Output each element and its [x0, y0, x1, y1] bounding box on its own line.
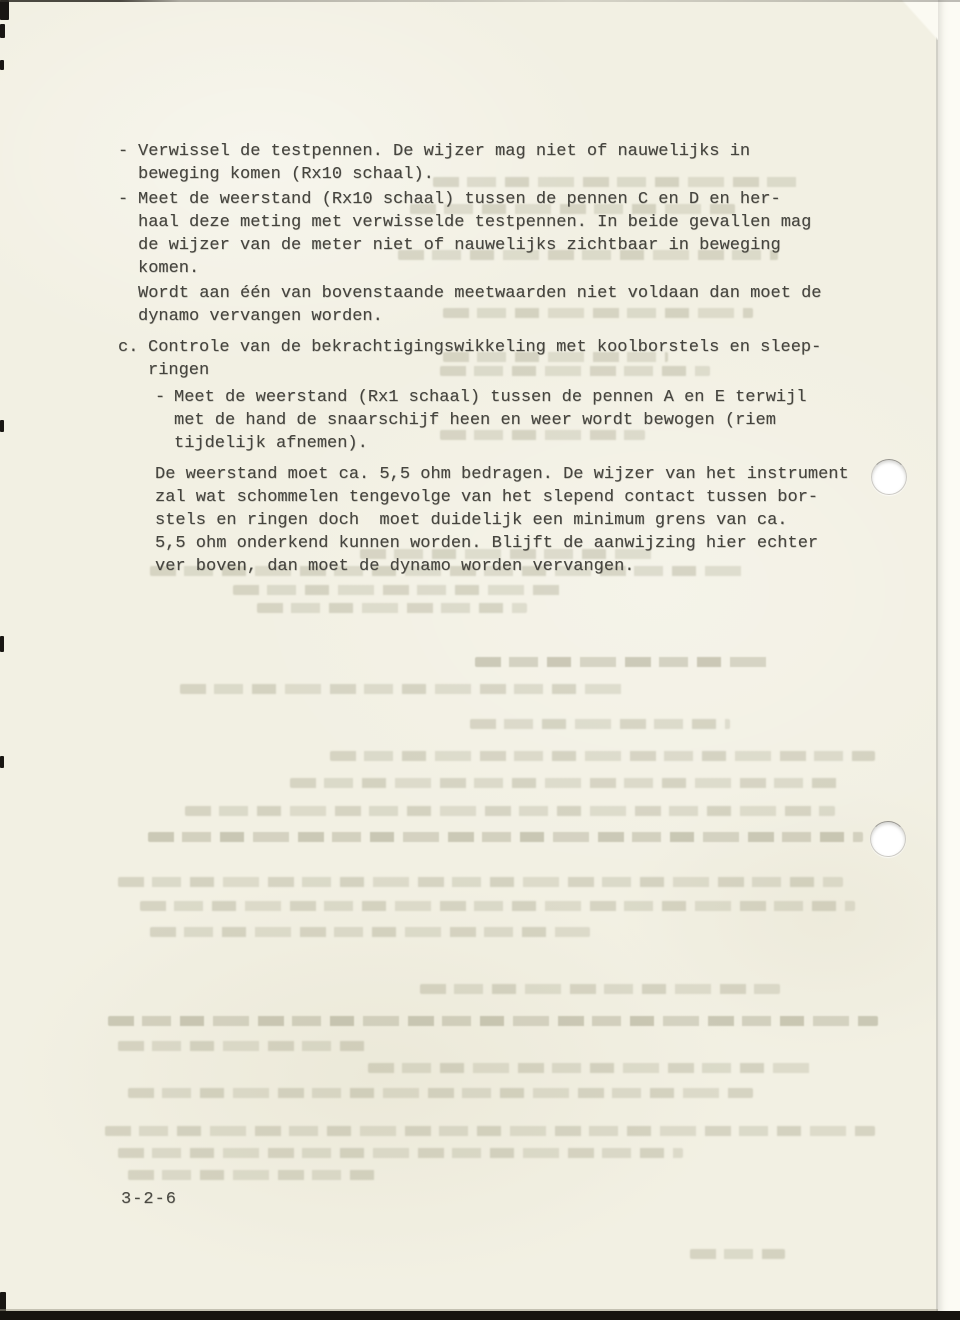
text-line: Meet de weerstand (Rx10 schaal) tussen d… [138, 188, 908, 211]
text-line: Controle van de bekrachtigingswikkeling … [148, 336, 908, 359]
text-line: dynamo vervangen worden. [138, 305, 908, 328]
text-line: De weerstand moet ca. 5,5 ohm bedragen. … [155, 463, 908, 486]
bleedthrough-line [128, 1088, 753, 1098]
bleedthrough-line [150, 927, 590, 937]
text-line: tijdelijk afnemen). [174, 432, 908, 455]
edge-mark [0, 24, 5, 38]
bleedthrough-line [118, 1041, 373, 1051]
list-marker: - [118, 140, 128, 163]
list-marker: c. [118, 336, 138, 359]
list-marker: - [155, 386, 165, 409]
text-line: haal deze meting met verwisselde testpen… [138, 211, 908, 234]
dash-item: -Meet de weerstand (Rx1 schaal) tussen d… [174, 386, 908, 455]
text-line: stels en ringen doch moet duidelijk een … [155, 509, 908, 532]
edge-mark [0, 420, 4, 432]
scanned-document: -Verwissel de testpennen. De wijzer mag … [0, 0, 960, 1320]
bleedthrough-line [290, 778, 840, 788]
paragraph: Wordt aan één van bovenstaande meetwaard… [138, 282, 908, 328]
dash-item: -Verwissel de testpennen. De wijzer mag … [138, 140, 908, 186]
hole-punch [870, 821, 906, 857]
bleedthrough-line [118, 877, 843, 887]
text-line: ringen [148, 359, 908, 382]
text-line: met de hand de snaarschijf heen en weer … [174, 409, 908, 432]
bleedthrough-line [185, 806, 835, 816]
bleedthrough-line [368, 1063, 813, 1073]
bleedthrough-line [233, 585, 563, 595]
text-line: Wordt aan één van bovenstaande meetwaard… [138, 282, 908, 305]
text-line: komen. [138, 257, 908, 280]
edge-mark [0, 60, 4, 70]
paragraph: De weerstand moet ca. 5,5 ohm bedragen. … [155, 463, 908, 578]
text-line: Verwissel de testpennen. De wijzer mag n… [138, 140, 908, 163]
bleedthrough-line [140, 901, 855, 911]
edge-mark [0, 0, 9, 20]
bleedthrough-line [257, 603, 527, 613]
edge-mark [0, 636, 4, 652]
page-right-edge [936, 0, 960, 1312]
page-number: 3-2-6 [121, 1190, 177, 1209]
text-line: ver boven, dan moet de dynamo worden ver… [155, 555, 908, 578]
scan-top-line [0, 0, 960, 2]
text-line: Meet de weerstand (Rx1 schaal) tussen de… [174, 386, 908, 409]
text-line: de wijzer van de meter niet of nauwelijk… [138, 234, 908, 257]
bleedthrough-line [420, 984, 780, 994]
bleedthrough-line [105, 1126, 875, 1136]
text-body: -Verwissel de testpennen. De wijzer mag … [118, 140, 908, 580]
list-marker: - [118, 188, 128, 211]
hole-punch [871, 459, 907, 495]
edge-mark [0, 756, 4, 768]
bleedthrough-line [180, 684, 630, 694]
text-line: 5,5 ohm onderkend kunnen worden. Blijft … [155, 532, 908, 555]
bleedthrough-line [108, 1016, 878, 1026]
text-line: zal wat schommelen tengevolge van het sl… [155, 486, 908, 509]
bleedthrough-line [690, 1249, 785, 1259]
bleedthrough-line [330, 751, 875, 761]
bleedthrough-line [475, 657, 770, 667]
bleedthrough-line [118, 1148, 683, 1158]
dash-item: -Meet de weerstand (Rx10 schaal) tussen … [138, 188, 908, 280]
scan-bottom-bar [0, 1311, 960, 1320]
bleedthrough-line [148, 832, 863, 842]
bleedthrough-line [470, 719, 730, 729]
bleedthrough-line [128, 1170, 378, 1180]
section-heading: c.Controle van de bekrachtigingswikkelin… [148, 336, 908, 382]
text-line: beweging komen (Rx10 schaal). [138, 163, 908, 186]
